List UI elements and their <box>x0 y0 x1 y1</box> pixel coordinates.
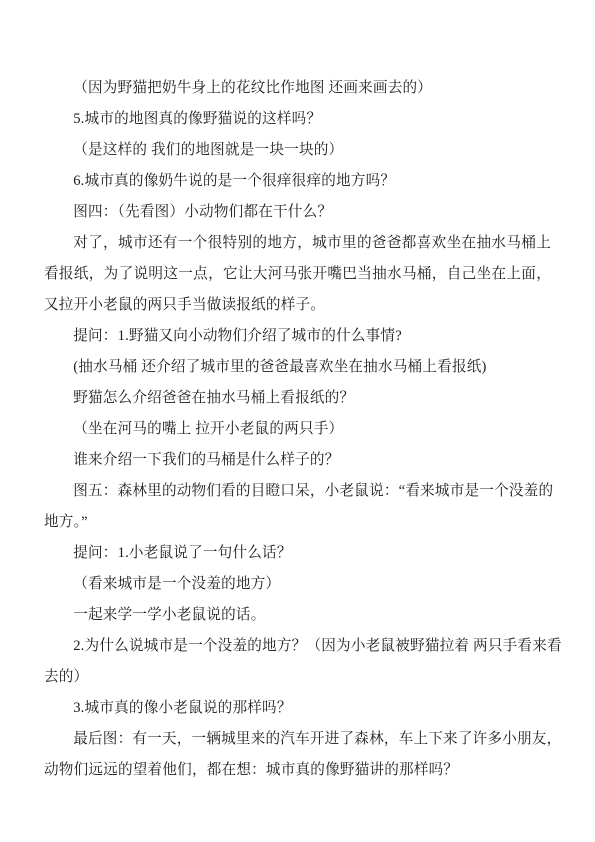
text-line: （因为野猫把奶牛身上的花纹比作地图 还画来画去的） <box>44 73 551 104</box>
text-line: 2.为什么说城市是一个没羞的地方？（因为小老鼠被野猫拉着 两只手看来看 <box>44 631 551 662</box>
text-line: 3.城市真的像小老鼠说的那样吗？ <box>44 693 551 724</box>
text-line: (抽水马桶 还介绍了城市里的爸爸最喜欢坐在抽水马桶上看报纸) <box>44 352 551 383</box>
text-line: （是这样的 我们的地图就是一块一块的） <box>44 135 551 166</box>
text-line: 野猫怎么介绍爸爸在抽水马桶上看报纸的？ <box>44 383 551 414</box>
text-line: 提问：1.小老鼠说了一句什么话？ <box>44 538 551 569</box>
text-line: 地方。” <box>44 507 551 538</box>
text-line: （看来城市是一个没羞的地方） <box>44 569 551 600</box>
text-line: 对了，城市还有一个很特别的地方，城市里的爸爸都喜欢坐在抽水马桶上 <box>44 228 551 259</box>
document-page: （因为野猫把奶牛身上的花纹比作地图 还画来画去的） 5.城市的地图真的像野猫说的… <box>0 0 595 842</box>
text-line: 图四：（先看图）小动物们都在干什么？ <box>44 197 551 228</box>
text-line: 又拉开小老鼠的两只手当做读报纸的样子。 <box>44 290 551 321</box>
document-body: （因为野猫把奶牛身上的花纹比作地图 还画来画去的） 5.城市的地图真的像野猫说的… <box>44 73 551 786</box>
text-line: （坐在河马的嘴上 拉开小老鼠的两只手） <box>44 414 551 445</box>
text-line: 去的） <box>44 662 551 693</box>
text-line: 最后图：有一天，一辆城里来的汽车开进了森林，车上下来了许多小朋友， <box>44 724 551 755</box>
text-line: 提问：1.野猫又向小动物们介绍了城市的什么事情? <box>44 321 551 352</box>
text-line: 看报纸，为了说明这一点，它让大河马张开嘴巴当抽水马桶，自己坐在上面， <box>44 259 551 290</box>
text-line: 5.城市的地图真的像野猫说的这样吗？ <box>44 104 551 135</box>
text-line: 谁来介绍一下我们的马桶是什么样子的？ <box>44 445 551 476</box>
text-line: 动物们远远的望着他们，都在想：城市真的像野猫讲的那样吗？ <box>44 755 551 786</box>
text-line: 图五：森林里的动物们看的目瞪口呆，小老鼠说：“看来城市是一个没羞的 <box>44 476 551 507</box>
text-line: 6.城市真的像奶牛说的是一个很痒很痒的地方吗？ <box>44 166 551 197</box>
text-line: 一起来学一学小老鼠说的话。 <box>44 600 551 631</box>
